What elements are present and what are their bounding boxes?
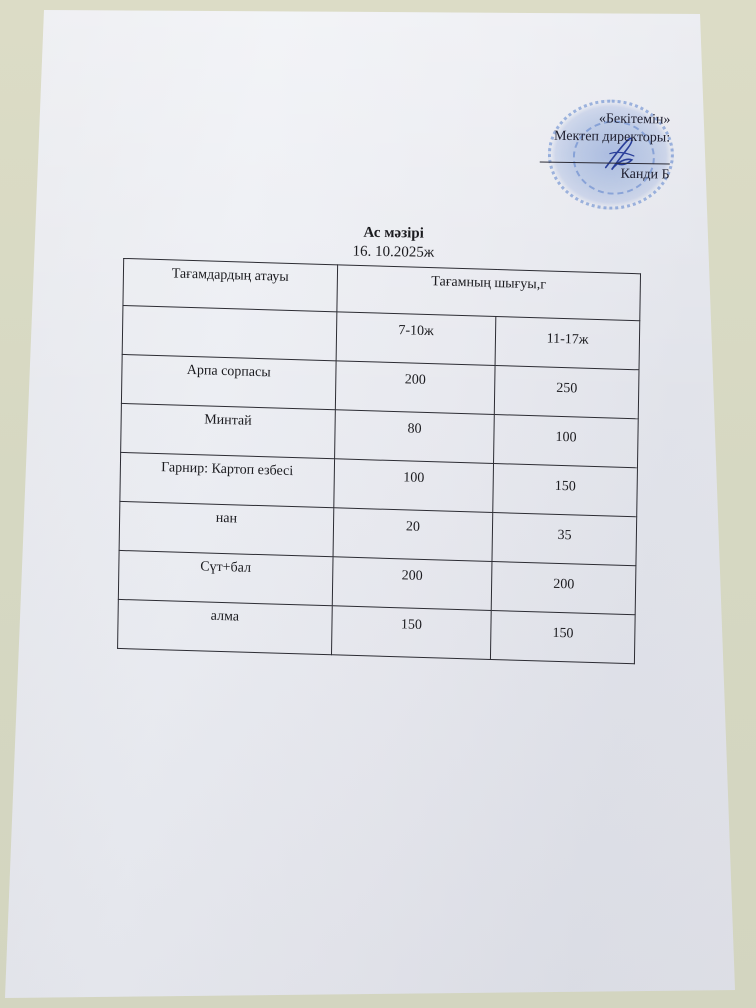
- director-name: Канди Б: [539, 164, 669, 184]
- portion-7-10: 20: [333, 508, 493, 562]
- header-age-11-17: 11-17ж: [495, 317, 639, 370]
- portion-11-17: 150: [491, 610, 635, 663]
- portion-11-17: 35: [492, 513, 636, 566]
- dish-name: Гарнир: Картоп езбесі: [120, 452, 334, 507]
- portion-7-10: 200: [332, 557, 492, 611]
- header-empty-cell: [122, 305, 336, 360]
- approved-label: «Бекітемін»: [540, 109, 670, 129]
- portion-7-10: 100: [333, 459, 493, 513]
- header-age-7-10: 7-10ж: [336, 312, 496, 366]
- portion-11-17: 200: [492, 562, 636, 615]
- director-label: Мектеп директоры:: [540, 127, 670, 147]
- dish-name: Минтай: [121, 403, 335, 458]
- portion-7-10: 80: [334, 410, 494, 464]
- portion-11-17: 250: [495, 366, 639, 419]
- document-page: «Бекітемін» Мектеп директоры: Канди Б Ас…: [0, 0, 756, 1008]
- approval-block: «Бекітемін» Мектеп директоры: Канди Б: [539, 109, 670, 184]
- dish-name: нан: [119, 501, 333, 556]
- portion-7-10: 150: [331, 606, 491, 660]
- portion-11-17: 100: [494, 415, 638, 468]
- portion-11-17: 150: [493, 464, 637, 517]
- header-dish-name: Тағамдардың атауы: [123, 258, 337, 311]
- dish-name: алма: [118, 599, 332, 654]
- dish-name: Сүт+бал: [118, 550, 332, 605]
- dish-name: Арпа сорпасы: [121, 354, 335, 409]
- menu-table: Тағамдардың атауы Тағамның шығуы,г 7-10ж…: [117, 258, 641, 664]
- signature-line: [540, 151, 670, 164]
- portion-7-10: 200: [335, 361, 495, 415]
